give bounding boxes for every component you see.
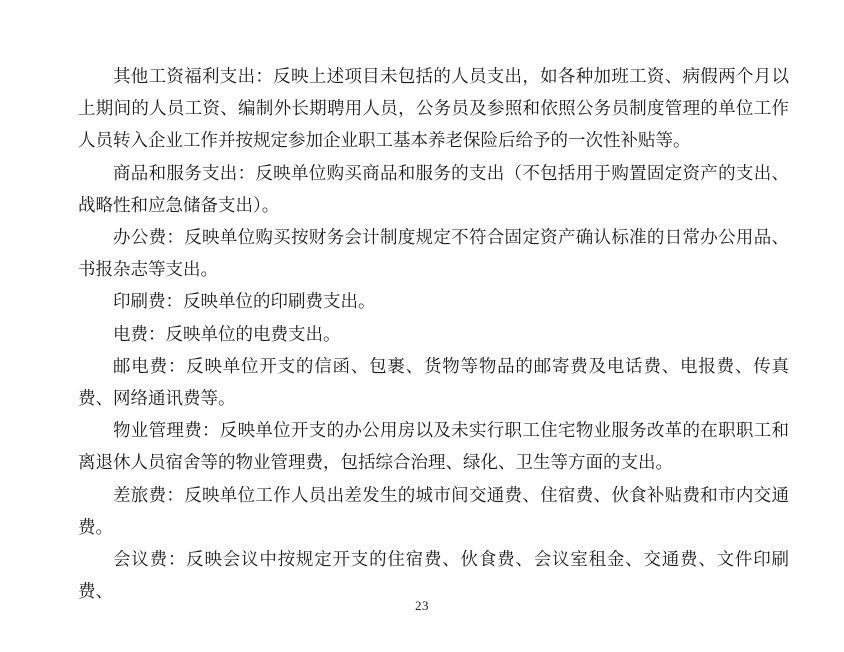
page-number: 23 <box>0 598 844 614</box>
paragraph-electricity-expense: 电费：反映单位的电费支出。 <box>78 318 789 350</box>
paragraph-printing-expense: 印刷费：反映单位的印刷费支出。 <box>78 285 789 317</box>
paragraph-travel-expense: 差旅费：反映单位工作人员出差发生的城市间交通费、住宿费、伙食补贴费和市内交通费。 <box>78 479 789 543</box>
paragraph-goods-and-services-expense: 商品和服务支出：反映单位购买商品和服务的支出（不包括用于购置固定资产的支出、战略… <box>78 157 789 221</box>
paragraph-property-management-expense: 物业管理费：反映单位开支的办公用房以及未实行职工住宅物业服务改革的在职职工和离退… <box>78 414 789 478</box>
document-page: 其他工资福利支出：反映上述项目未包括的人员支出，如各种加班工资、病假两个月以上期… <box>0 0 844 652</box>
paragraph-office-expense: 办公费：反映单位购买按财务会计制度规定不符合固定资产确认标准的日常办公用品、书报… <box>78 221 789 285</box>
document-body: 其他工资福利支出：反映上述项目未包括的人员支出，如各种加班工资、病假两个月以上期… <box>78 60 789 607</box>
paragraph-other-salary-welfare-expense: 其他工资福利支出：反映上述项目未包括的人员支出，如各种加班工资、病假两个月以上期… <box>78 60 789 157</box>
paragraph-postal-telecom-expense: 邮电费：反映单位开支的信函、包裹、货物等物品的邮寄费及电话费、电报费、传真费、网… <box>78 350 789 414</box>
